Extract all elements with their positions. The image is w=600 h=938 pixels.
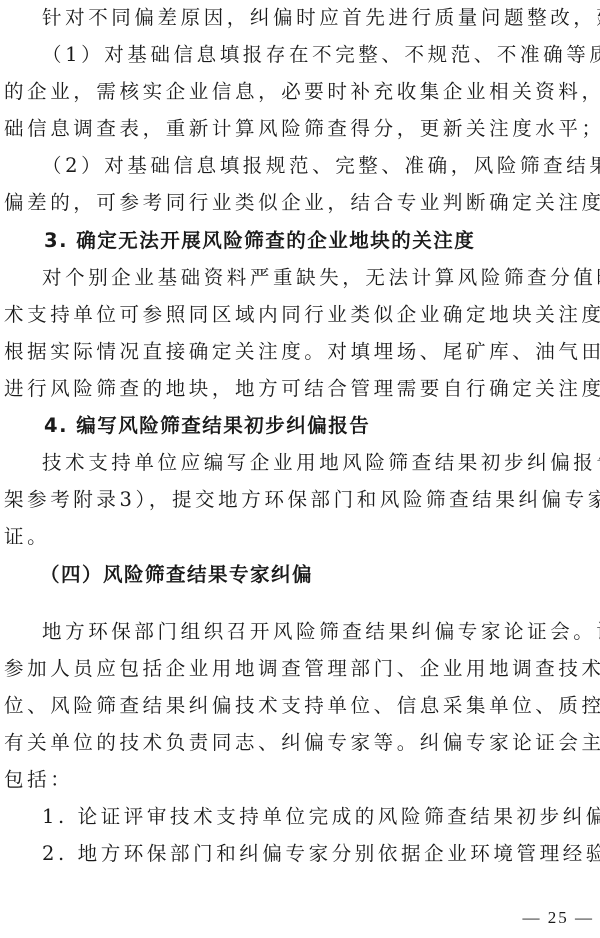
section-heading-4: 4. 编写风险筛查结果初步纠偏报告 — [44, 414, 600, 438]
paragraph-line: 证。 — [4, 525, 596, 549]
paragraph-line: 技术支持单位应编写企业用地风险筛查结果初步纠偏报告（框 — [42, 451, 596, 475]
list-item-2-line: （2）对基础信息填报规范、完整、准确，风险筛查结果仍存在 — [42, 154, 596, 178]
paragraph-line: 有关单位的技术负责同志、纠偏专家等。纠偏专家论证会主要内容 — [4, 731, 596, 755]
document-page: 针对不同偏差原因，纠偏时应首先进行质量问题整改，建议： （1）对基础信息填报存在… — [0, 0, 600, 938]
paragraph-line: 的企业，需核实企业信息，必要时补充收集企业相关资料，更新基 — [4, 80, 596, 104]
paragraph-line: 参加人员应包括企业用地调查管理部门、企业用地调查技术牵头单 — [4, 657, 596, 681]
list-item-1-line: （1）对基础信息填报存在不完整、不规范、不准确等质量问题 — [42, 43, 596, 67]
paragraph-line: 包括： — [4, 768, 596, 792]
paragraph-line: 进行风险筛查的地块，地方可结合管理需要自行确定关注度水平。 — [4, 377, 596, 401]
paragraph-line: 针对不同偏差原因，纠偏时应首先进行质量问题整改，建议： — [42, 6, 596, 30]
section-heading-3: 3. 确定无法开展风险筛查的企业地块的关注度 — [44, 229, 600, 253]
paragraph-line: 架参考附录3），提交地方环保部门和风险筛查结果纠偏专家审核论 — [4, 488, 596, 512]
section-heading-iv: （四）风险筛查结果专家纠偏 — [40, 563, 600, 587]
page-number: — 25 — — [523, 908, 595, 928]
paragraph-line: 偏差的，可参考同行业类似企业，结合专业判断确定关注度水平。 — [4, 191, 596, 215]
paragraph-line: 位、风险筛查结果纠偏技术支持单位、信息采集单位、质控单位等 — [4, 694, 596, 718]
list-item-1-line: 1. 论证评审技术支持单位完成的风险筛查结果初步纠偏工作； — [42, 805, 596, 829]
paragraph-line: 对个别企业基础资料严重缺失，无法计算风险筛查分值时，技 — [42, 266, 596, 290]
paragraph-line: 术支持单位可参照同区域内同行业类似企业确定地块关注度，或可 — [4, 303, 596, 327]
list-item-2-line: 2. 地方环保部门和纠偏专家分别依据企业环境管理经验、专业 — [42, 842, 596, 866]
paragraph-line: 础信息调查表，重新计算风险筛查得分，更新关注度水平； — [4, 117, 596, 141]
paragraph-line: 根据实际情况直接确定关注度。对填埋场、尾矿库、油气田等无法 — [4, 340, 596, 364]
paragraph-line: 地方环保部门组织召开风险筛查结果纠偏专家论证会。论证会 — [42, 620, 596, 644]
